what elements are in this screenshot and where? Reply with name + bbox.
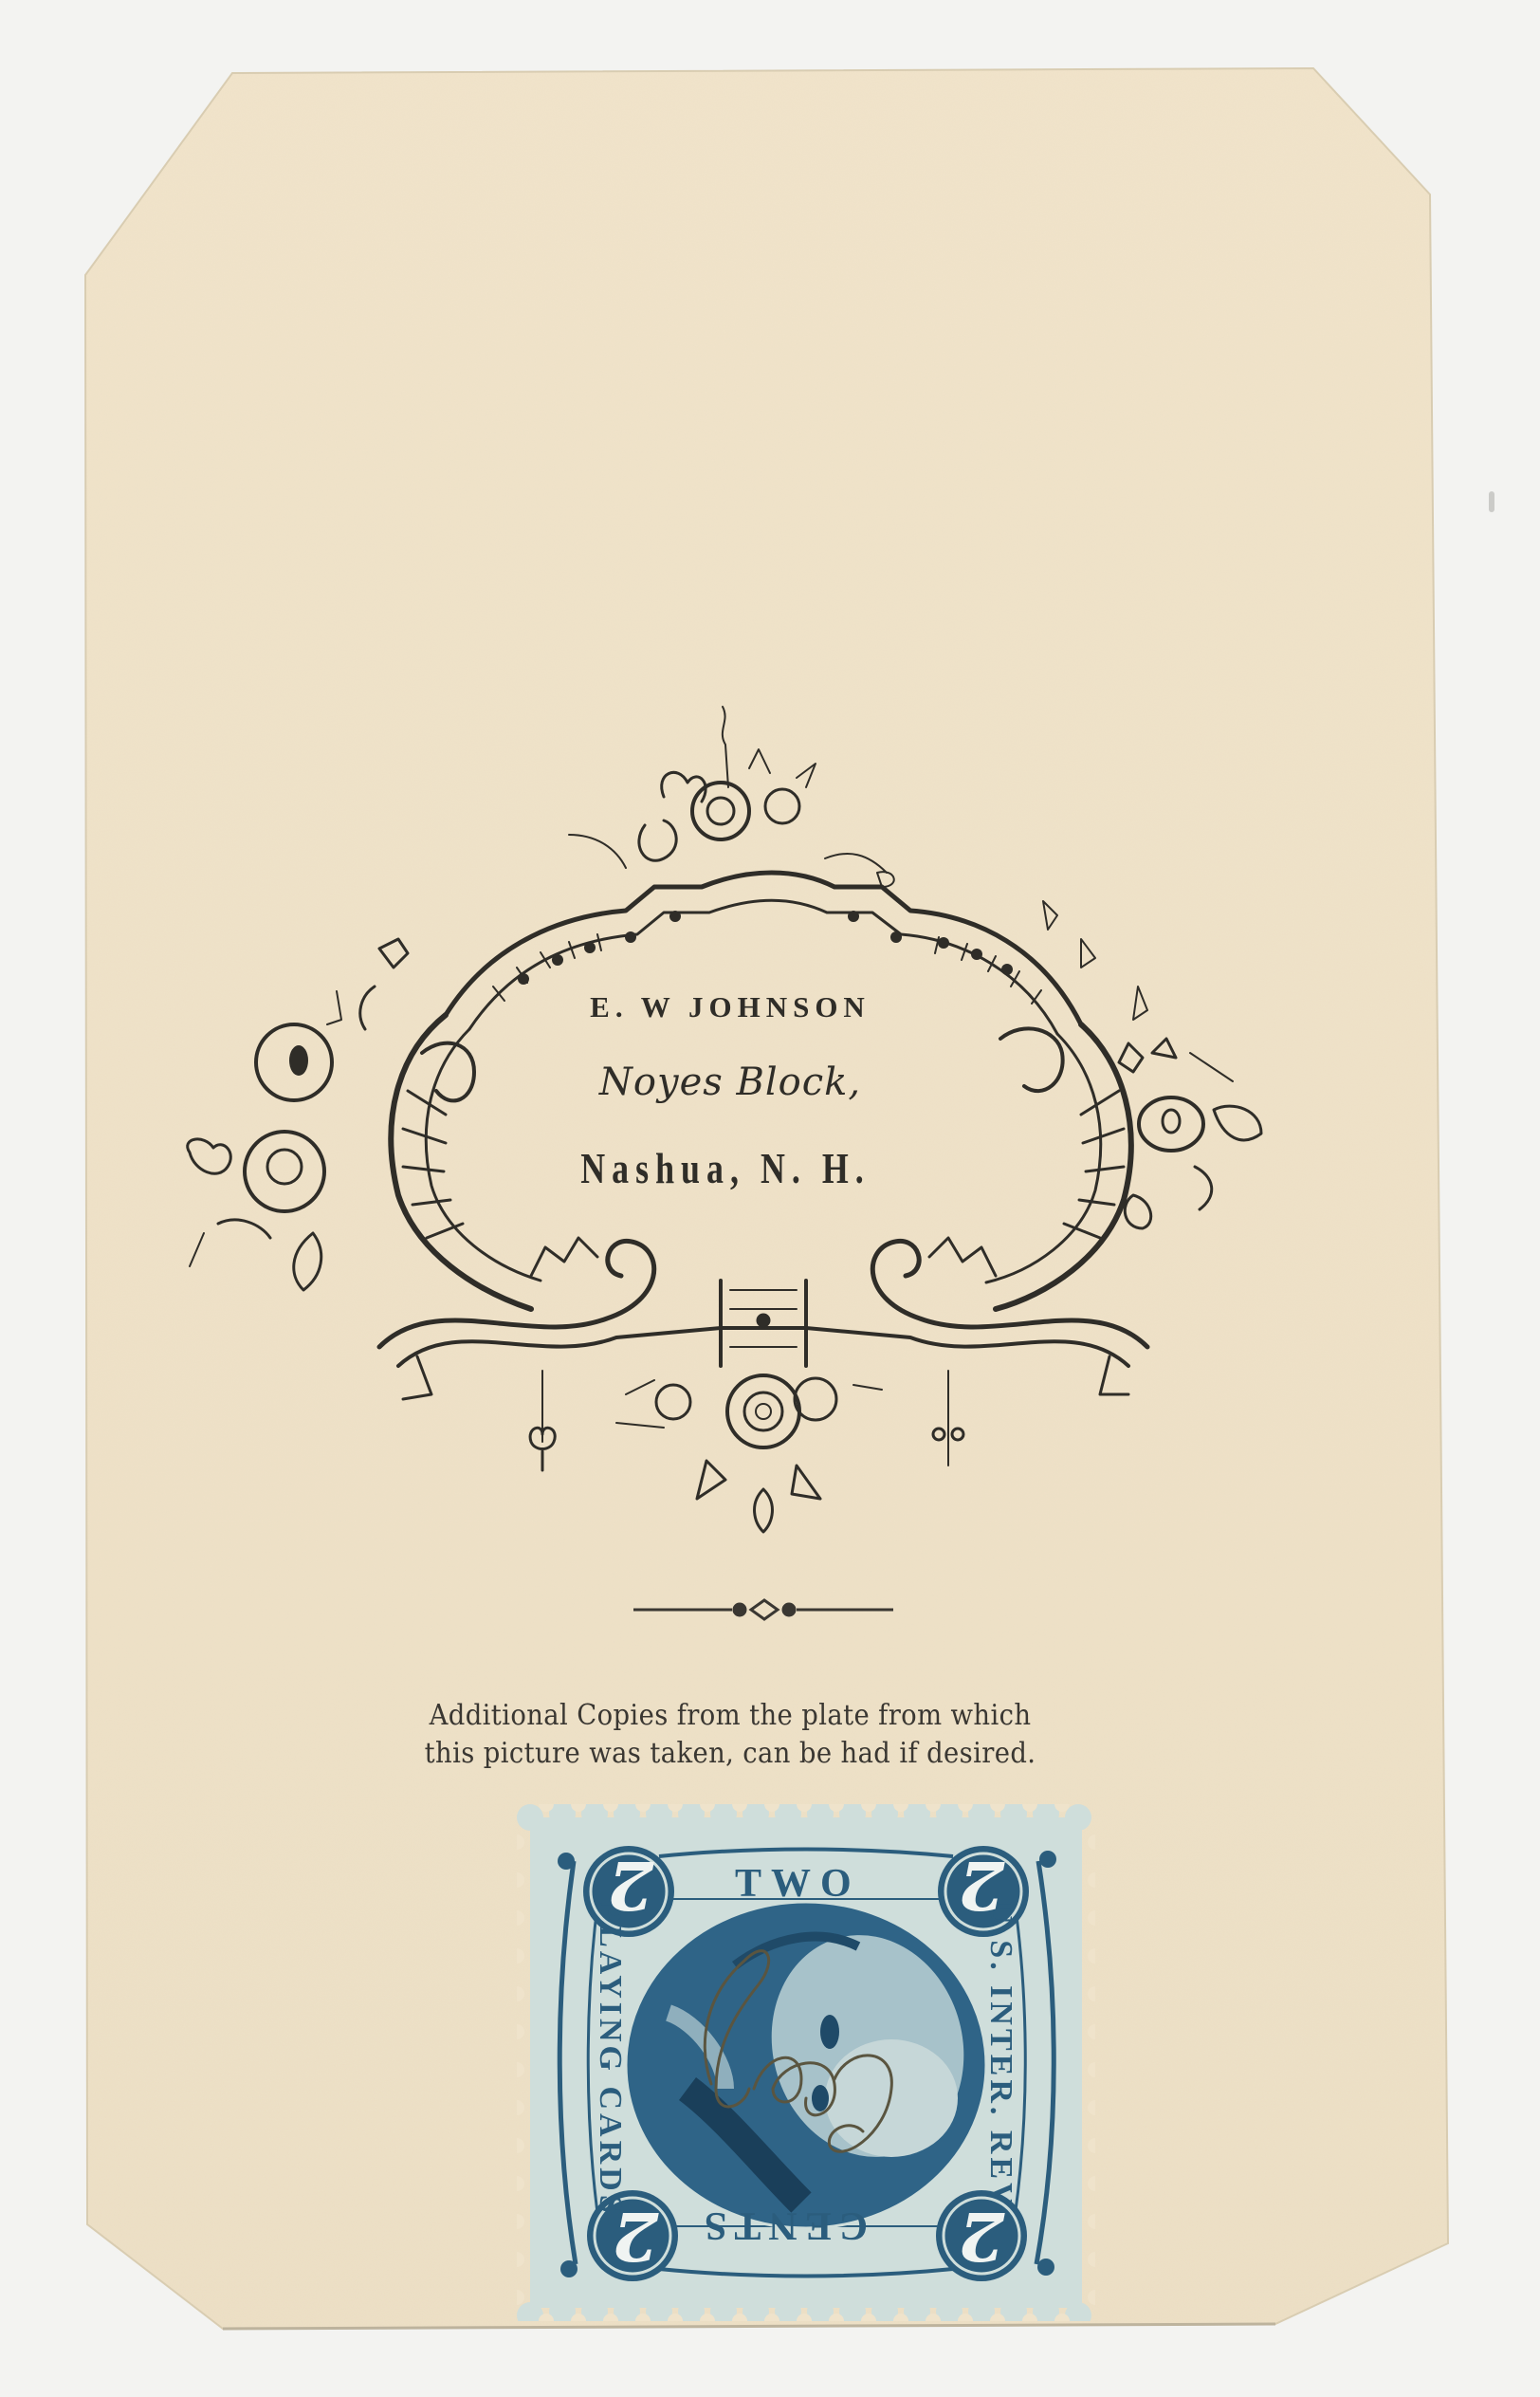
stamp-corner-value: 2 bbox=[593, 2193, 678, 2278]
stamp-top-label: TWO bbox=[735, 1861, 861, 1907]
stamp-corner-value: 2 bbox=[939, 1842, 1024, 1927]
stamp-bottom-label: CENTS bbox=[697, 2203, 868, 2248]
notice-line-2: this picture was taken, can be had if de… bbox=[307, 1734, 1154, 1772]
photographer-name: E. W JOHNSON bbox=[531, 990, 929, 1024]
revenue-stamp: TWO CENTS PLAYING CARDS U.S. INTER. REV.… bbox=[517, 1804, 1095, 2321]
stamp-corner-value: 2 bbox=[588, 1842, 673, 1927]
studio-city: Nashua, N. H. bbox=[570, 1143, 881, 1193]
studio-address: Noyes Block, bbox=[531, 1060, 929, 1104]
stamp-corner-value: 2 bbox=[939, 2193, 1024, 2278]
cdv-card: E. W JOHNSON Noyes Block, Nashua, N. H. … bbox=[0, 0, 1540, 2397]
reprint-notice: Additional Copies from the plate from wh… bbox=[275, 1696, 1185, 1772]
notice-line-1: Additional Copies from the plate from wh… bbox=[307, 1696, 1154, 1734]
